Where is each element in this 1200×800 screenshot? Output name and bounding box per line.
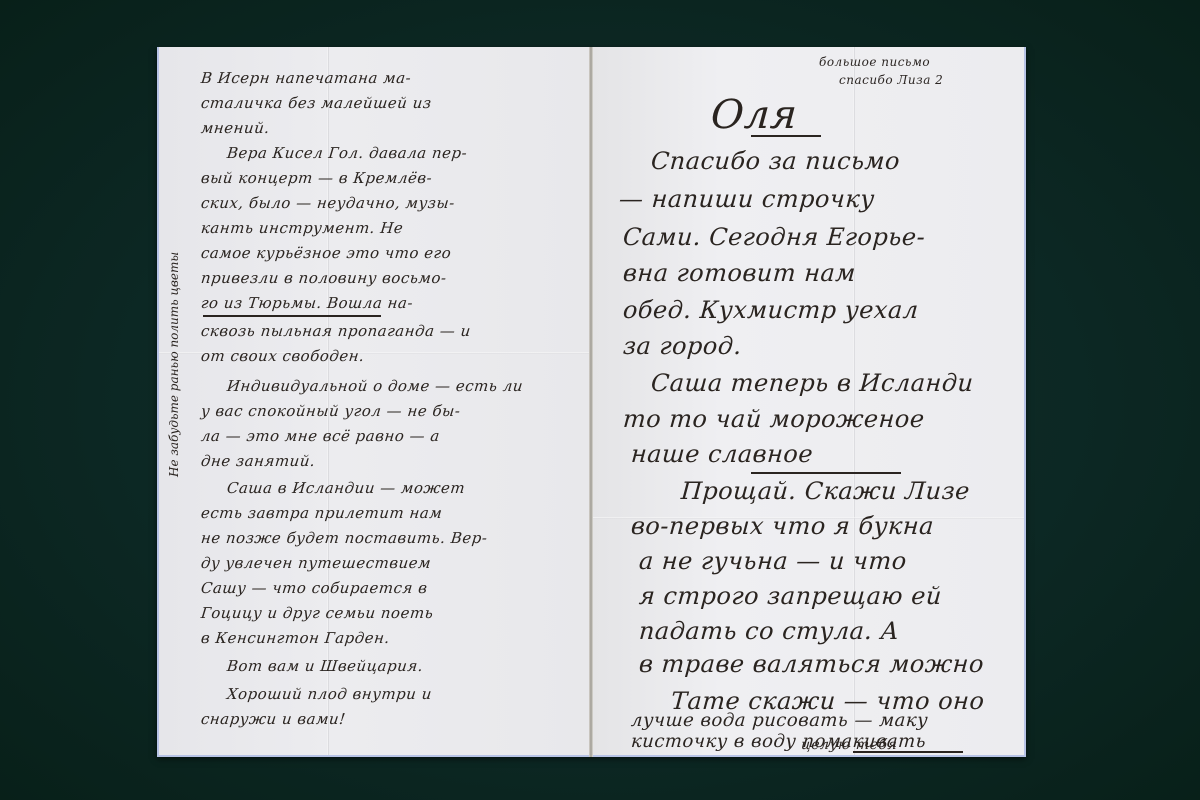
letter-left-page: Не забудьте ранью полить цветы В Исерн н… — [157, 47, 591, 757]
letter-right-page: большое письмо спасибо Лиза 2 Оля Спасиб… — [591, 47, 1026, 757]
right-text-line: в траве валяться можно — [638, 650, 985, 678]
left-text-line: Вера Кисел Гол. давала пер- — [226, 144, 468, 162]
corner-note: большое письмо — [819, 55, 930, 69]
left-text-line: В Исерн напечатана ма- — [200, 69, 412, 87]
right-text-line: Саша теперь в Исланди — [650, 369, 975, 397]
center-fold-crease — [589, 47, 593, 757]
right-text-line: лучше вода рисовать — маку — [630, 710, 929, 731]
left-text-line: Хороший плод внутри и — [226, 685, 433, 703]
left-text-line: вый концерт — в Кремлёв- — [200, 169, 433, 187]
left-text-line: снаружи и вами! — [200, 710, 347, 728]
left-text-line: есть завтра прилетит нам — [200, 504, 443, 522]
right-text-line: обед. Кухмистр уехал — [622, 296, 920, 324]
ink-underline — [203, 315, 381, 317]
left-text-line: го из Тюрьмы. Вошла на- — [200, 294, 414, 312]
margin-note-vertical: Не забудьте ранью полить цветы — [167, 252, 181, 477]
left-text-line: Сашу — что собирается в — [200, 579, 428, 597]
ink-underline — [751, 135, 821, 137]
left-text-line: дне занятий. — [200, 452, 316, 470]
right-text-line: то то чай мороженое — [622, 405, 926, 433]
ink-underline — [853, 751, 963, 753]
left-text-line: не позже будет поставить. Вер- — [200, 529, 488, 547]
handwritten-letter: Не забудьте ранью полить цветы В Исерн н… — [157, 47, 1026, 757]
left-text-line: Вот вам и Швейцария. — [226, 657, 424, 675]
left-text-line: ла — это мне всё равно — а — [200, 427, 441, 445]
left-text-line: привезли в половину восьмо- — [200, 269, 447, 287]
left-text-line: канть инструмент. Не — [200, 219, 404, 237]
right-text-line: во-первых что я букна — [630, 512, 935, 540]
left-text-line: у вас спокойный угол — не бы- — [200, 402, 461, 420]
left-text-line: мнений. — [200, 119, 271, 137]
right-text-line: а не гучьна — и что — [638, 547, 908, 575]
right-text-line: Сами. Сегодня Егорье- — [622, 223, 926, 251]
ink-underline — [751, 472, 901, 474]
salutation: Оля — [709, 92, 798, 138]
left-text-line: Индивидуальной о доме — есть ли — [226, 377, 524, 395]
right-text-line: — напиши строчку — [618, 185, 876, 213]
right-text-line: Спасибо за письмо — [650, 147, 901, 175]
right-text-line: я строго запрещаю ей — [638, 582, 943, 610]
left-text-line: в Кенсингтон Гарден. — [200, 629, 391, 647]
left-text-line: самое курьёзное это что его — [200, 244, 452, 262]
left-text-line: сквозь пыльная пропаганда — и — [200, 322, 472, 340]
right-text-line: за город. — [622, 332, 743, 360]
left-text-line: сталичка без малейшей из — [200, 94, 432, 112]
left-text-line: Саша в Исландии — может — [226, 479, 466, 497]
corner-note: спасибо Лиза 2 — [839, 73, 943, 87]
right-text-line: вна готовит нам — [622, 259, 857, 287]
left-text-line: ду увлечен путешествием — [200, 554, 432, 572]
right-text-line: наше славное — [630, 440, 814, 468]
left-text-line: от своих свободен. — [200, 347, 365, 365]
left-text-line: ских, было — неудачно, музы- — [200, 194, 456, 212]
right-text-line: падать со стула. А — [638, 617, 900, 645]
right-text-line: Прощай. Скажи Лизе — [680, 477, 971, 505]
left-text-line: Гоцицу и друг семьи поеть — [200, 604, 434, 622]
